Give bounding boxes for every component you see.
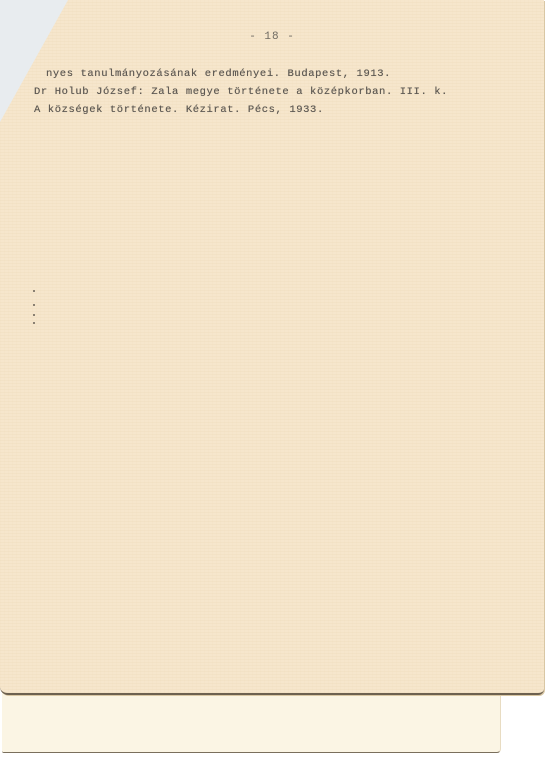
bibliography-line: Dr Holub József: Zala megye története a … [34,86,448,98]
bibliography-line: A községek története. Kézirat. Pécs, 193… [34,104,324,116]
typed-page: - 18 - nyes tanulmányozásának eredményei… [0,0,544,695]
page-number: - 18 - [0,31,544,43]
bibliography-line: nyes tanulmányozásának eredményei. Budap… [46,68,391,80]
underlying-sheet [2,692,501,753]
margin-punch-marks [33,290,37,330]
